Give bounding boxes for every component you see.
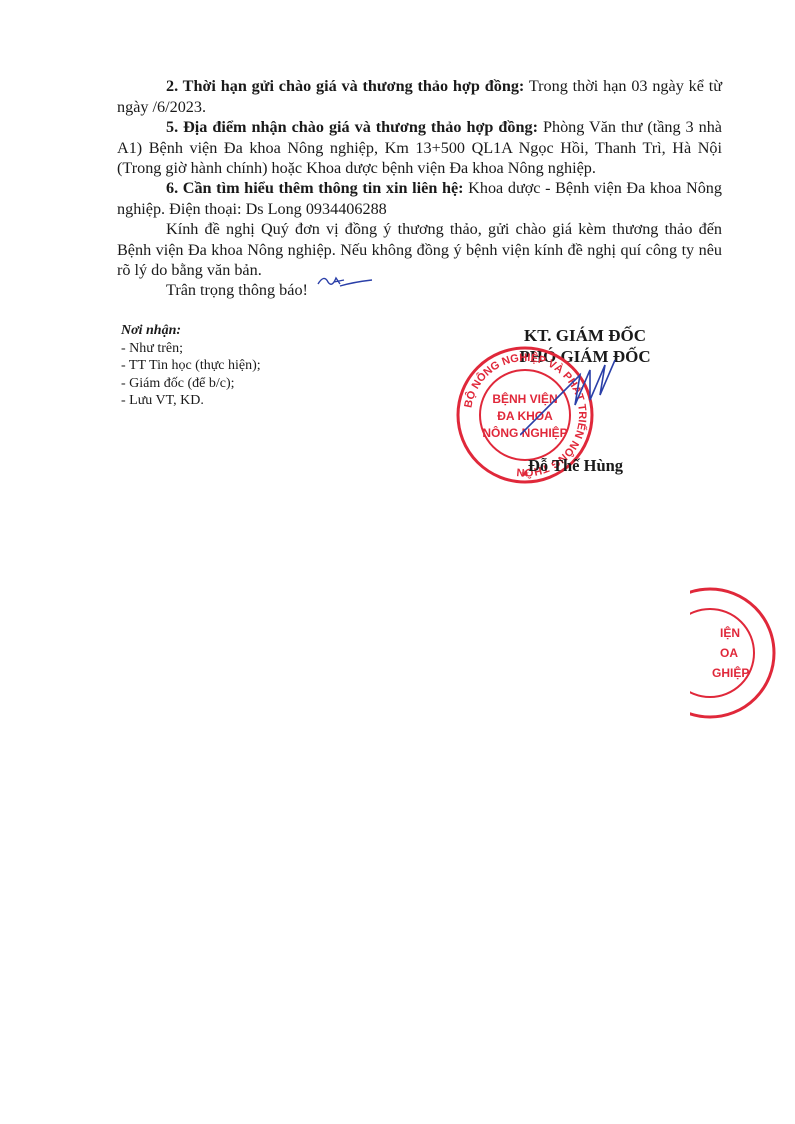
paragraph-request: Kính đề nghị Quý đơn vị đồng ý thương th… — [117, 219, 722, 281]
recipient-item: - Lưu VT, KD. — [121, 392, 261, 410]
signer-name: Đỗ Thế Hùng — [528, 456, 623, 476]
recipient-item: - TT Tin học (thực hiện); — [121, 357, 261, 375]
svg-text:OA: OA — [720, 646, 738, 660]
paragraph-contact: 6. Cần tìm hiểu thêm thông tin xin liên … — [117, 178, 722, 219]
recipients-title: Nơi nhận: — [121, 322, 261, 340]
recipient-item: - Giám đốc (để b/c); — [121, 375, 261, 393]
partial-stamp-icon: IỆN OA GHIỆP — [690, 585, 795, 720]
paragraph-deadline: 2. Thời hạn gửi chào giá và thương thảo … — [117, 76, 722, 117]
paragraph-location: 5. Địa điểm nhận chào giá và thương thảo… — [117, 117, 722, 179]
handwritten-signature-icon — [520, 355, 630, 445]
signature-line1: KT. GIÁM ĐỐC — [500, 325, 670, 346]
recipient-item: - Như trên; — [121, 340, 261, 358]
contact-label: 6. Cần tìm hiểu thêm thông tin xin liên … — [166, 179, 464, 197]
svg-text:IỆN: IỆN — [720, 625, 740, 640]
paragraph-closing: Trân trọng thông báo! — [117, 280, 722, 301]
initial-mark-icon — [314, 270, 374, 292]
location-label: 5. Địa điểm nhận chào giá và thương thảo… — [166, 118, 538, 136]
svg-text:GHIỆP: GHIỆP — [712, 665, 749, 680]
closing-text: Trân trọng thông báo! — [166, 281, 308, 299]
deadline-label: 2. Thời hạn gửi chào giá và thương thảo … — [166, 77, 524, 95]
request-text: Kính đề nghị Quý đơn vị đồng ý thương th… — [117, 220, 722, 279]
recipients-block: Nơi nhận: - Như trên; - TT Tin học (thực… — [121, 322, 261, 410]
